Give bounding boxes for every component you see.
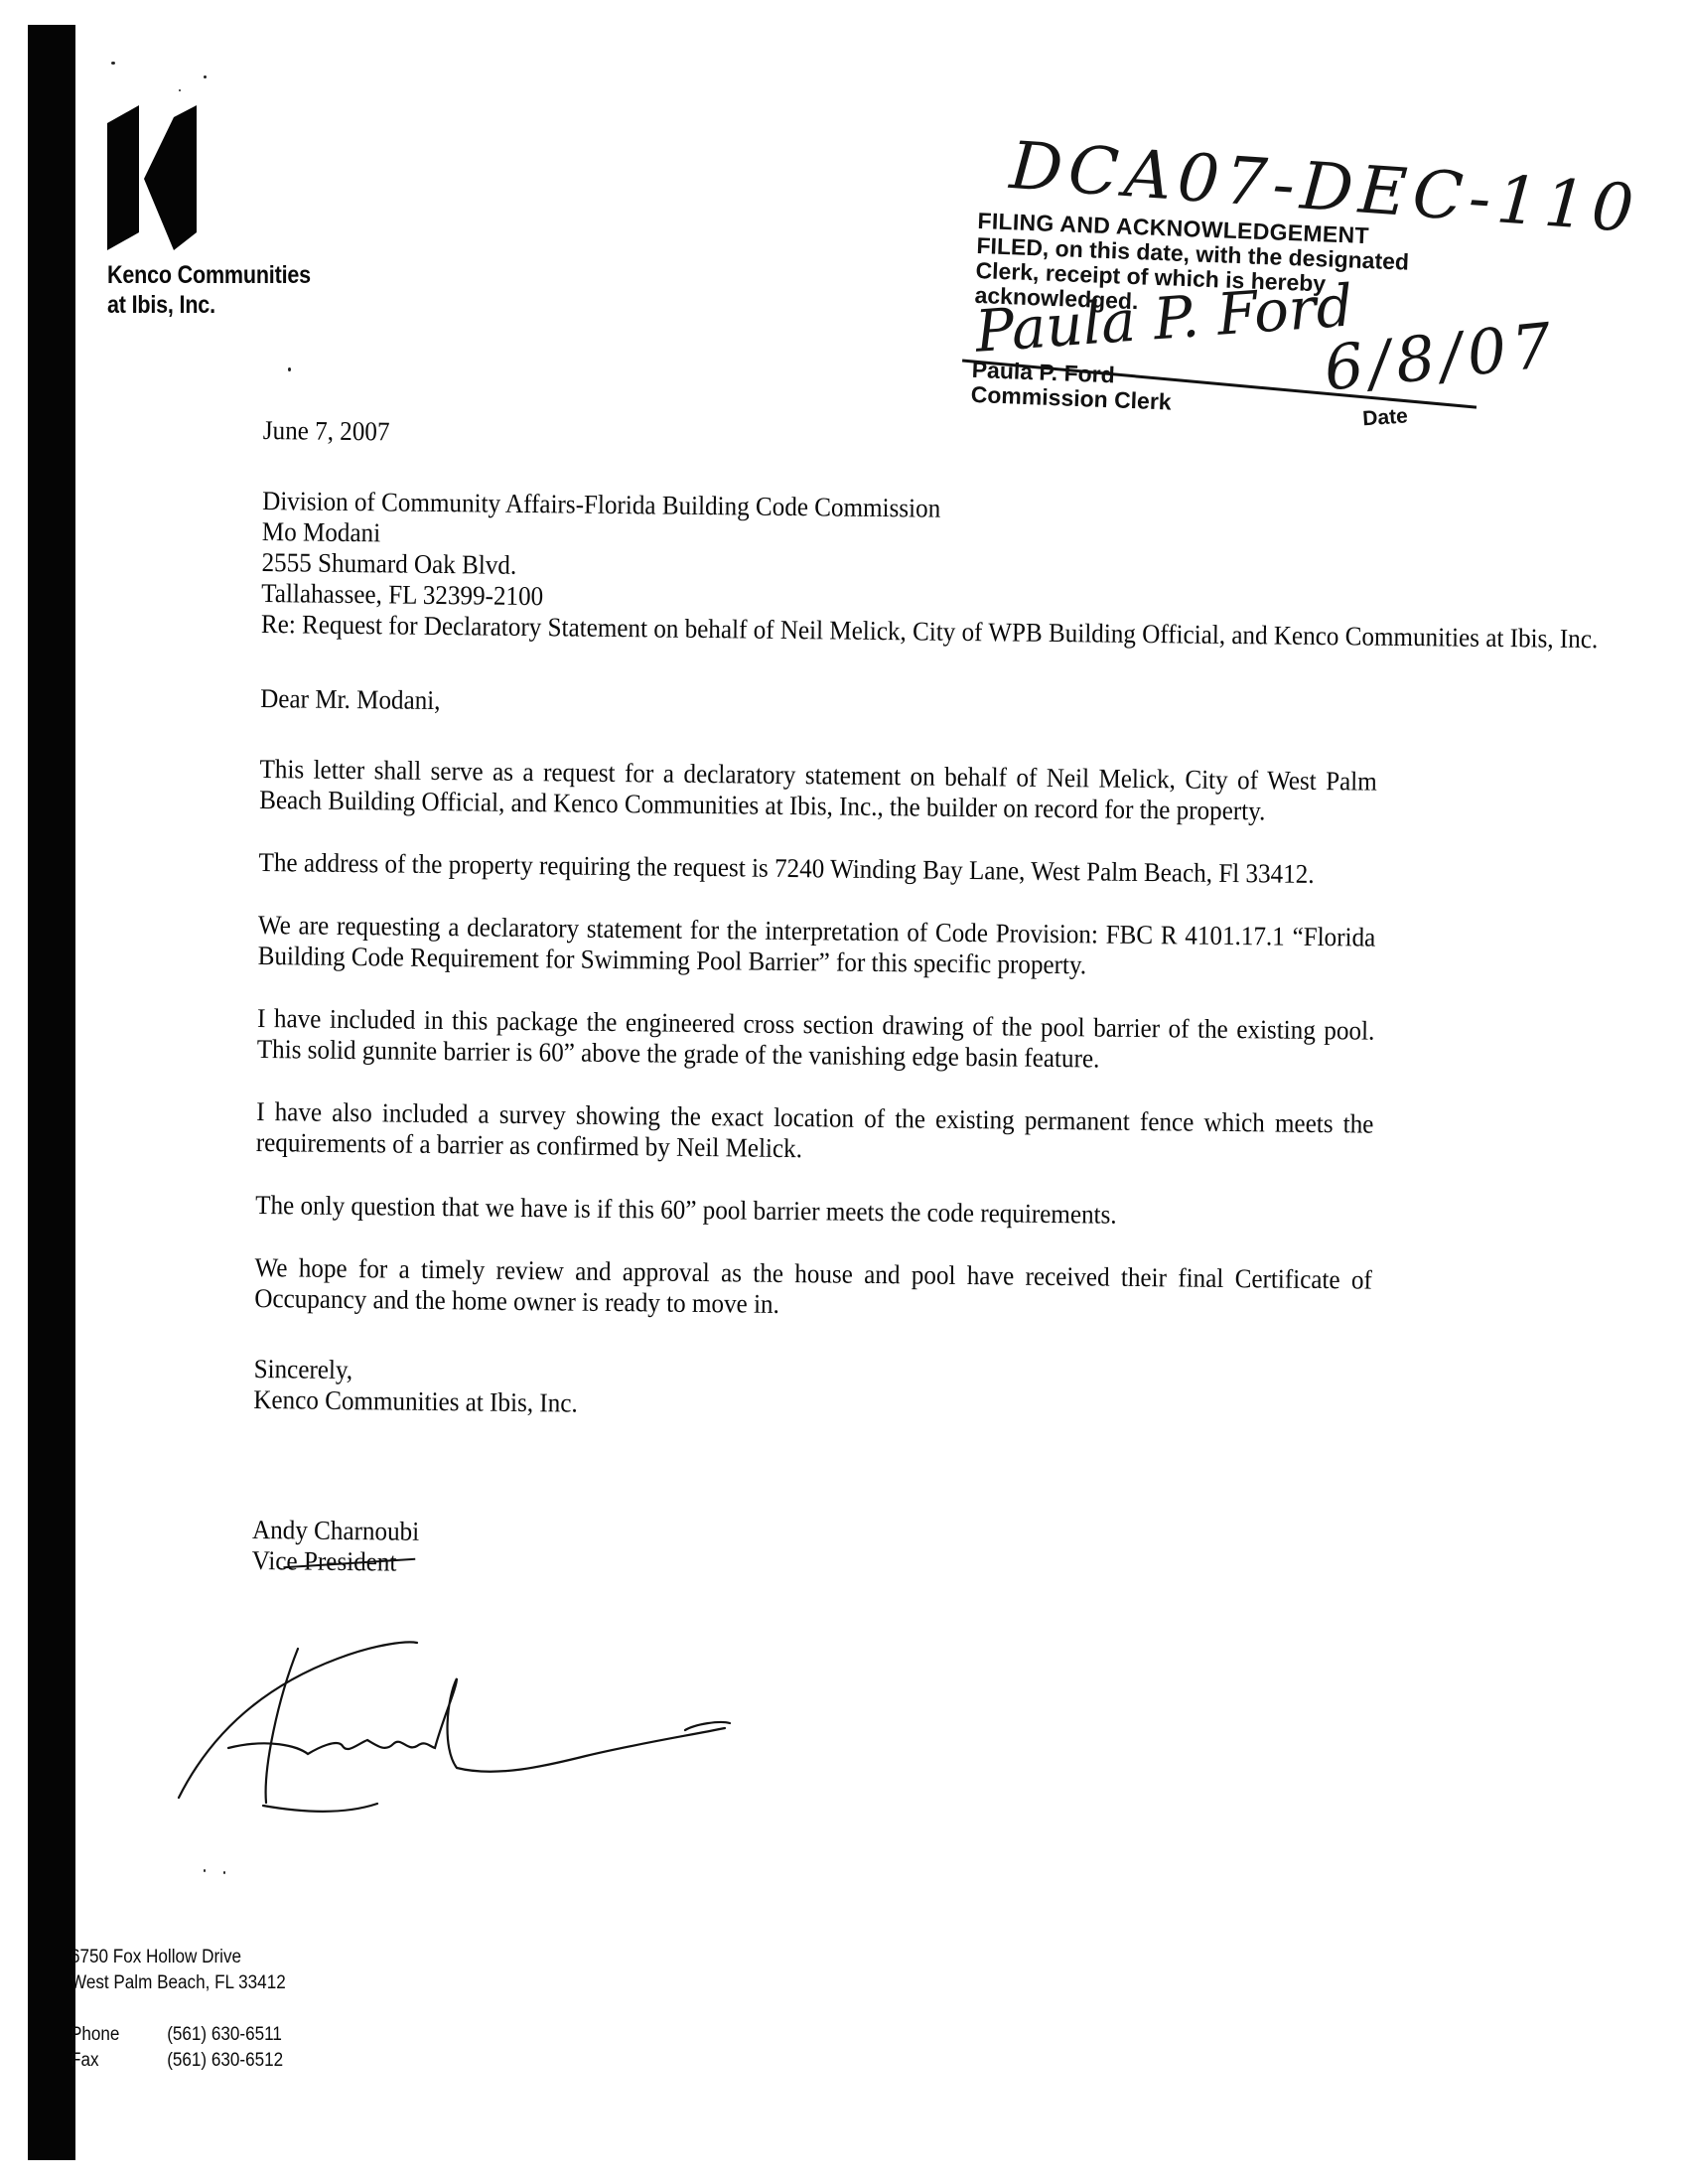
signer-title: Vice President xyxy=(252,1545,397,1578)
company-name-line1: Kenco Communities xyxy=(107,260,311,290)
company-name-line2: at Ibis, Inc. xyxy=(107,290,311,320)
scan-speck xyxy=(223,1871,225,1874)
body-paragraph: I have included in this package the engi… xyxy=(257,1003,1375,1078)
footer-street: 6750 Fox Hollow Drive xyxy=(70,1945,286,1970)
scan-speck xyxy=(288,367,291,371)
signer-block: Andy Charnoubi Vice President xyxy=(252,1515,1370,1589)
scan-speck xyxy=(179,89,181,91)
body-paragraph: I have also included a survey showing th… xyxy=(256,1096,1374,1171)
salutation: Dear Mr. Modani, xyxy=(260,683,1378,727)
kenco-k-logo-icon xyxy=(107,105,197,250)
handwritten-filing-date: 6/8/07 xyxy=(1321,308,1561,404)
phone-number: (561) 630-6511 xyxy=(167,2022,282,2048)
letterhead-company-name: Kenco Communities at Ibis, Inc. xyxy=(107,260,311,320)
phone-label: Phone xyxy=(70,2022,167,2048)
body-paragraph: This letter shall serve as a request for… xyxy=(259,754,1377,828)
recipient-address: Division of Community Affairs-Florida Bu… xyxy=(261,486,1380,653)
stamp-clerk-title: Commission Clerk xyxy=(970,382,1172,415)
letter-body: June 7, 2007 Division of Community Affai… xyxy=(252,415,1381,1589)
scan-speck xyxy=(204,75,207,78)
scan-speck xyxy=(204,1869,206,1872)
footer-city-state-zip: West Palm Beach, FL 33412 xyxy=(70,1970,286,1996)
letterhead-side-bar xyxy=(28,25,75,2160)
body-paragraph: The address of the property requiring th… xyxy=(258,847,1376,891)
letter-date: June 7, 2007 xyxy=(263,415,1381,459)
body-paragraph: We hope for a timely review and approval… xyxy=(254,1252,1372,1327)
scan-speck xyxy=(111,62,115,65)
letterhead-footer: 6750 Fox Hollow Drive West Palm Beach, F… xyxy=(70,1945,286,2074)
fax-label: Fax xyxy=(70,2048,167,2074)
body-paragraph: The only question that we have is if thi… xyxy=(255,1190,1373,1234)
body-paragraph: We are requesting a declaratory statemen… xyxy=(258,910,1376,984)
fax-number: (561) 630-6512 xyxy=(167,2048,283,2074)
signature-scribble-icon xyxy=(169,1629,745,1818)
